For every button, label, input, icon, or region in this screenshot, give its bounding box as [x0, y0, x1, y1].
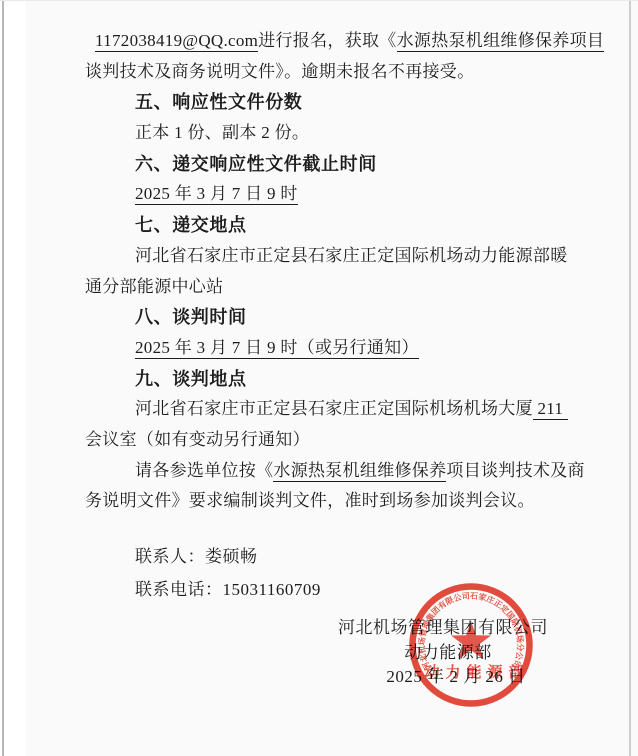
document-body: 1172038419@QQ.com进行报名，获取《水源热泵机组维修保养项目 谈判… [85, 26, 575, 517]
intro-line-1: 1172038419@QQ.com进行报名，获取《水源热泵机组维修保养项目 [85, 26, 575, 57]
contact-person-line: 联系人：娄硕畅 [135, 540, 321, 573]
section-7-address-line-1: 河北省石家庄市正定县石家庄正定国际机场动力能源部暖 [85, 241, 575, 272]
company-stamp: 河北机场管理集团有限公司石家庄正定国际机场分公司 动力能源部 [386, 560, 556, 730]
section-8-heading: 八、谈判时间 [85, 302, 575, 333]
email-underlined: 1172038419@QQ.com [95, 31, 258, 52]
section-7-heading: 七、递交地点 [85, 210, 575, 241]
section-5-heading: 五、响应性文件份数 [85, 87, 575, 118]
section-6-heading: 六、递交响应性文件截止时间 [85, 149, 575, 180]
doc-title-underlined: 水源热泵机组维修保养项目 [397, 31, 605, 52]
contact-phone-line: 联系电话：15031160709 [135, 573, 321, 606]
scan-edge-top [0, 0, 638, 1]
intro-line-2: 谈判技术及商务说明文件》。逾期未报名不再接受。 [85, 57, 575, 88]
section-9-address-line-2: 会议室（如有变动另行通知） [85, 425, 575, 456]
closing-title-underlined: 水源热泵机组维修保养 [273, 461, 446, 482]
section-6-body: 2025 年 3 月 7 日 9 时 [85, 179, 575, 210]
section-9-heading: 九、谈判地点 [85, 364, 575, 395]
section-7-address-line-2: 通分部能源中心站 [85, 272, 575, 303]
closing-line-1: 请各参选单位按《水源热泵机组维修保养项目谈判技术及商 [85, 456, 575, 487]
contact-block: 联系人：娄硕畅 联系电话：15031160709 [135, 540, 321, 606]
address-text: 河北省石家庄市正定县石家庄正定国际机场机场大厦 [135, 399, 533, 418]
scan-edge-right [629, 0, 631, 756]
closing-line-2: 务说明文件》要求编制谈判文件，准时到场参加谈判会议。 [85, 486, 575, 517]
scanned-document-page: 1172038419@QQ.com进行报名，获取《水源热泵机组维修保养项目 谈判… [0, 0, 638, 756]
stamp-banner-text: 动力能源部 [424, 663, 529, 681]
negotiation-time-underlined: 2025 年 3 月 7 日 9 时（或另行通知） [135, 338, 419, 359]
intro-mid-text: 进行报名，获取《 [258, 31, 396, 50]
section-8-body: 2025 年 3 月 7 日 9 时（或另行通知） [85, 333, 575, 364]
scan-edge-left [2, 0, 4, 756]
closing-suffix: 项目谈判技术及商 [446, 461, 584, 480]
star-icon [451, 621, 491, 659]
room-number-underlined: 211 [533, 399, 568, 420]
deadline-underlined: 2025 年 3 月 7 日 9 时 [135, 184, 298, 205]
closing-prefix: 请各参选单位按《 [135, 461, 273, 480]
section-5-body: 正本 1 份、副本 2 份。 [85, 118, 575, 149]
section-9-address-line-1: 河北省石家庄市正定县石家庄正定国际机场机场大厦 211 [85, 394, 575, 425]
